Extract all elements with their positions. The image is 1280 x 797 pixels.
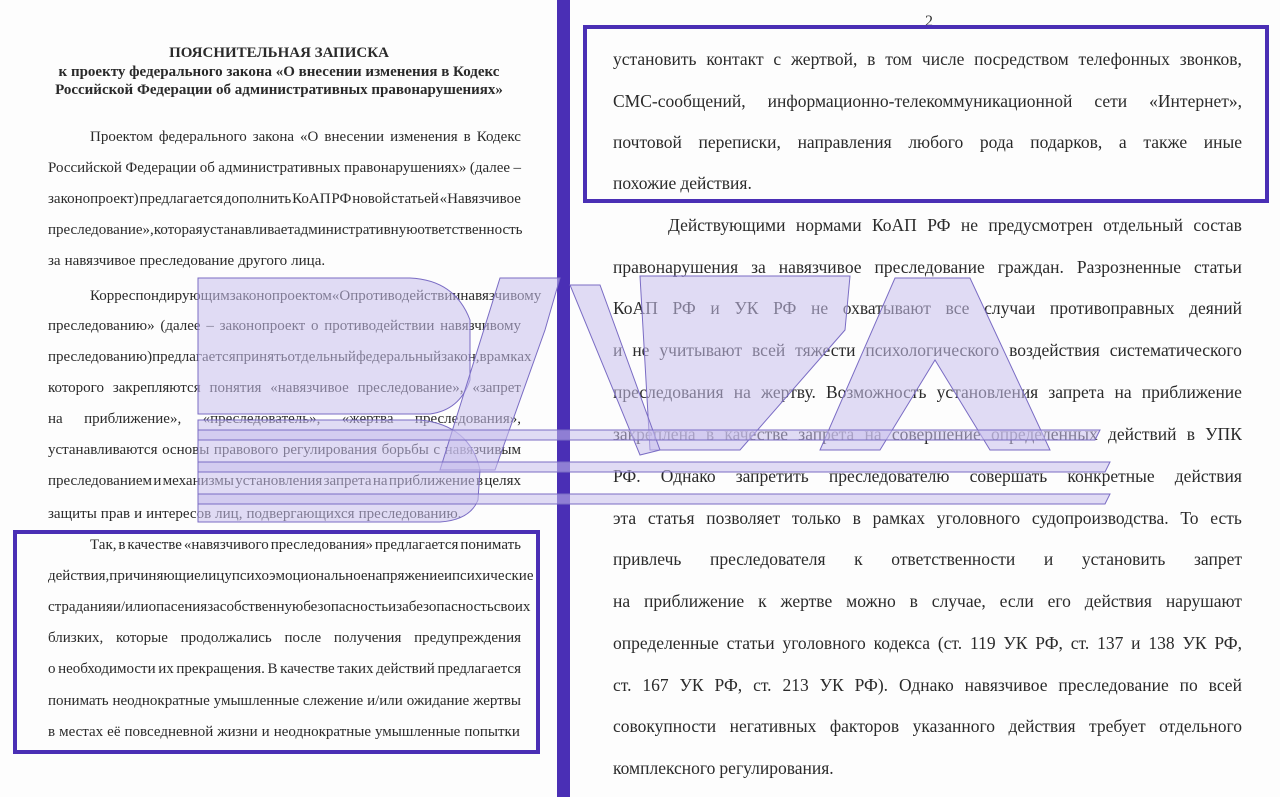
document-title: ПОЯСНИТЕЛЬНАЯ ЗАПИСКА — [0, 44, 558, 63]
highlighted-text-line: вместахеёповседневнойжизниинеоднократные… — [48, 723, 524, 741]
text-line: ст.167УКРФ,ст.213УКРФ).Однаконавязчивоеп… — [613, 676, 1242, 694]
highlighted-text-line: установитьконтактсжертвой,втомчислепосре… — [613, 50, 1242, 68]
text-line: законопроект)предлагаетсядополнитьКоАПРФ… — [48, 190, 521, 208]
text-line: КоАПРФиУКРФнеохватываютвсеслучаипротивоп… — [613, 299, 1242, 317]
text-line: привлечьпреследователякответственностииу… — [613, 550, 1242, 568]
text-line: ДействующиминормамиКоАПРФнепредусмотрено… — [668, 216, 1242, 234]
highlighted-text-line: близких,которыепродолжалисьпослеполучени… — [48, 629, 521, 647]
text-line: Проектомфедеральногозакона«Овнесенииизме… — [90, 128, 521, 146]
text-line: инеучитываютвсейтяжестипсихологическогов… — [613, 341, 1242, 359]
highlighted-text-line: страданияи/илиопасениязасобственнуюбезоп… — [48, 598, 521, 616]
text-line: преследованиемимеханизмыустановлениязапр… — [48, 472, 521, 490]
text-line: преследованиянажертву.Возможностьустанов… — [613, 383, 1242, 401]
highlighted-text-line: почтовойпереписки,направлениялюбогородап… — [613, 133, 1242, 151]
highlighted-text-line: Так,вкачестве«навязчивогопреследования»п… — [90, 536, 521, 554]
page-divider — [557, 0, 570, 797]
text-line: наприближениекжертвеможновслучае,еслиего… — [613, 592, 1242, 610]
highlighted-text-line: СМС-сообщений,информационно-телекоммуник… — [613, 92, 1242, 110]
text-line: определенныестатьиуголовногокодекса(ст.1… — [613, 634, 1242, 652]
text-line: РоссийскойФедерацииобадминистративныхпра… — [48, 159, 521, 177]
text-line: преследованию»(далее–законопроектопротив… — [48, 317, 521, 335]
text-line: преследованию)предлагаетсяпринятьотдельн… — [48, 348, 521, 366]
text-line: совокупностинегативныхфакторовуказанного… — [613, 717, 1242, 735]
text-line: комплексногорегулирования. — [613, 759, 838, 777]
text-line: наприближение»,«преследователь»,«жертвап… — [48, 410, 521, 428]
text-line: правонарушениязанавязчивоепреследованиег… — [613, 258, 1242, 276]
text-line: РФ.Однакозапретитьпреследователюсовершат… — [613, 467, 1242, 485]
text-line: которогозакрепляютсяпонятия«навязчивоепр… — [48, 379, 521, 397]
document-subtitle-line-2: Российской Федерации об административных… — [0, 81, 558, 100]
text-line: занавязчивоепреследованиедругоголица. — [48, 252, 329, 270]
document-subtitle-line-1: к проекту федерального закона «О внесени… — [0, 63, 558, 82]
document-page-2: 2 установитьконтактсжертвой,втомчислепос… — [570, 0, 1280, 797]
page-number: 2 — [925, 14, 933, 30]
highlighted-text-line: пониматьнеоднократныеумышленныеслежениеи… — [48, 692, 521, 710]
text-line: этастатьяпозволяеттольковрамкахуголовног… — [613, 509, 1242, 527]
text-line: преследование»,котораяустанавливаетадмин… — [48, 221, 521, 239]
text-line: устанавливаютсяосновыправовогорегулирова… — [48, 441, 521, 459]
document-page-1: ПОЯСНИТЕЛЬНАЯ ЗАПИСКА к проекту федераль… — [0, 0, 558, 797]
text-line: Корреспондирующимзаконопроектом«Опротиво… — [90, 287, 521, 305]
highlighted-text-line: похожиедействия. — [613, 174, 756, 192]
text-line: защитыправиинтересовлиц,подвергающихсяпр… — [48, 505, 465, 523]
highlighted-text-line: действия,причиняющиелицупсихоэмоциональн… — [48, 567, 521, 585]
text-line: закрепленавкачествезапретанасовершениеоп… — [613, 425, 1242, 443]
highlighted-text-line: онеобходимостиихпрекращения.Вкачестветак… — [48, 660, 521, 678]
